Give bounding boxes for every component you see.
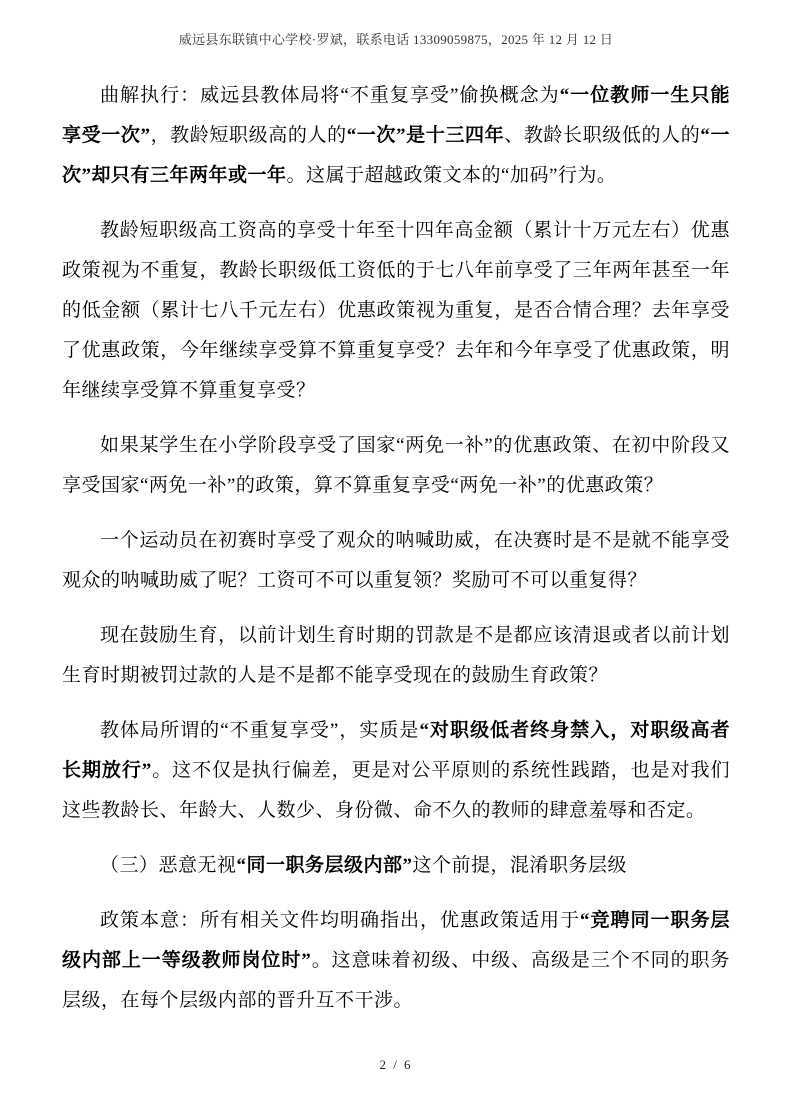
text-run: （三）恶意无视: [100, 855, 237, 876]
text-run: 教龄短职级高工资高的享受十年至十四年高金额（累计十万元左右）优惠政策视为不重复，…: [62, 220, 730, 401]
text-run: 如果某学生在小学阶段享受了国家“两免一补”的优惠政策、在初中阶段又享受国家“两免…: [62, 435, 730, 496]
text-run: 一个运动员在初赛时享受了观众的呐喊助威，在决赛时是不是就不能享受观众的呐喊助威了…: [62, 530, 730, 591]
paragraph-amount-comparison: 教龄短职级高工资高的享受十年至十四年高金额（累计十万元左右）优惠政策视为不重复，…: [62, 211, 730, 411]
text-run: 。这不仅是执行偏差，更是对公平原则的系统性践踏，也是对我们这些教龄长、年龄大、人…: [62, 760, 730, 821]
paragraph-student-analogy: 如果某学生在小学阶段享受了国家“两免一补”的优惠政策、在初中阶段又享受国家“两免…: [62, 426, 730, 506]
page-header: 威远县东联镇中心学校·罗斌，联系电话 13309059875，2025 年 12…: [0, 32, 792, 48]
paragraph-birth-policy-analogy: 现在鼓励生育，以前计划生育时期的罚款是不是都应该清退或者以前计划生育时期被罚过款…: [62, 616, 730, 696]
text-run: 教体局所谓的“不重复享受”，实质是: [100, 720, 419, 741]
paragraph-misreading-execution: 曲解执行：威远县教体局将“不重复享受”偷换概念为“一位教师一生只能享受一次”，教…: [62, 76, 730, 196]
paragraph-essence-criticism: 教体局所谓的“不重复享受”，实质是“对职级低者终身禁入，对职级高者长期放行”。这…: [62, 711, 730, 831]
document-page: 威远县东联镇中心学校·罗斌，联系电话 13309059875，2025 年 12…: [0, 0, 792, 1117]
text-run: 政策本意：所有相关文件均明确指出，优惠政策适用于: [100, 910, 580, 931]
text-run: 、教龄长职级低的人的: [504, 125, 700, 146]
page-number: 2 / 6: [0, 1057, 792, 1073]
document-body: 曲解执行：威远县教体局将“不重复享受”偷换概念为“一位教师一生只能享受一次”，教…: [62, 76, 730, 1021]
bold-text-run: “同一职务层级内部”: [237, 855, 413, 876]
paragraph-section-three-heading: （三）恶意无视“同一职务层级内部”这个前提，混淆职务层级: [62, 846, 730, 886]
text-run: 曲解执行：威远县教体局将“不重复享受”偷换概念为: [100, 85, 560, 106]
text-run: 现在鼓励生育，以前计划生育时期的罚款是不是都应该清退或者以前计划生育时期被罚过款…: [62, 625, 730, 686]
paragraph-athlete-analogy: 一个运动员在初赛时享受了观众的呐喊助威，在决赛时是不是就不能享受观众的呐喊助威了…: [62, 521, 730, 601]
bold-text-run: “一次”是十三四年: [347, 125, 505, 146]
text-run: ，教龄短职级高的人的: [150, 125, 346, 146]
text-run: 这个前提，混淆职务层级: [413, 855, 628, 876]
paragraph-policy-intent: 政策本意：所有相关文件均明确指出，优惠政策适用于“竞聘同一职务层级内部上一等级教…: [62, 901, 730, 1021]
text-run: 。这属于超越政策文本的“加码”行为。: [287, 165, 617, 186]
